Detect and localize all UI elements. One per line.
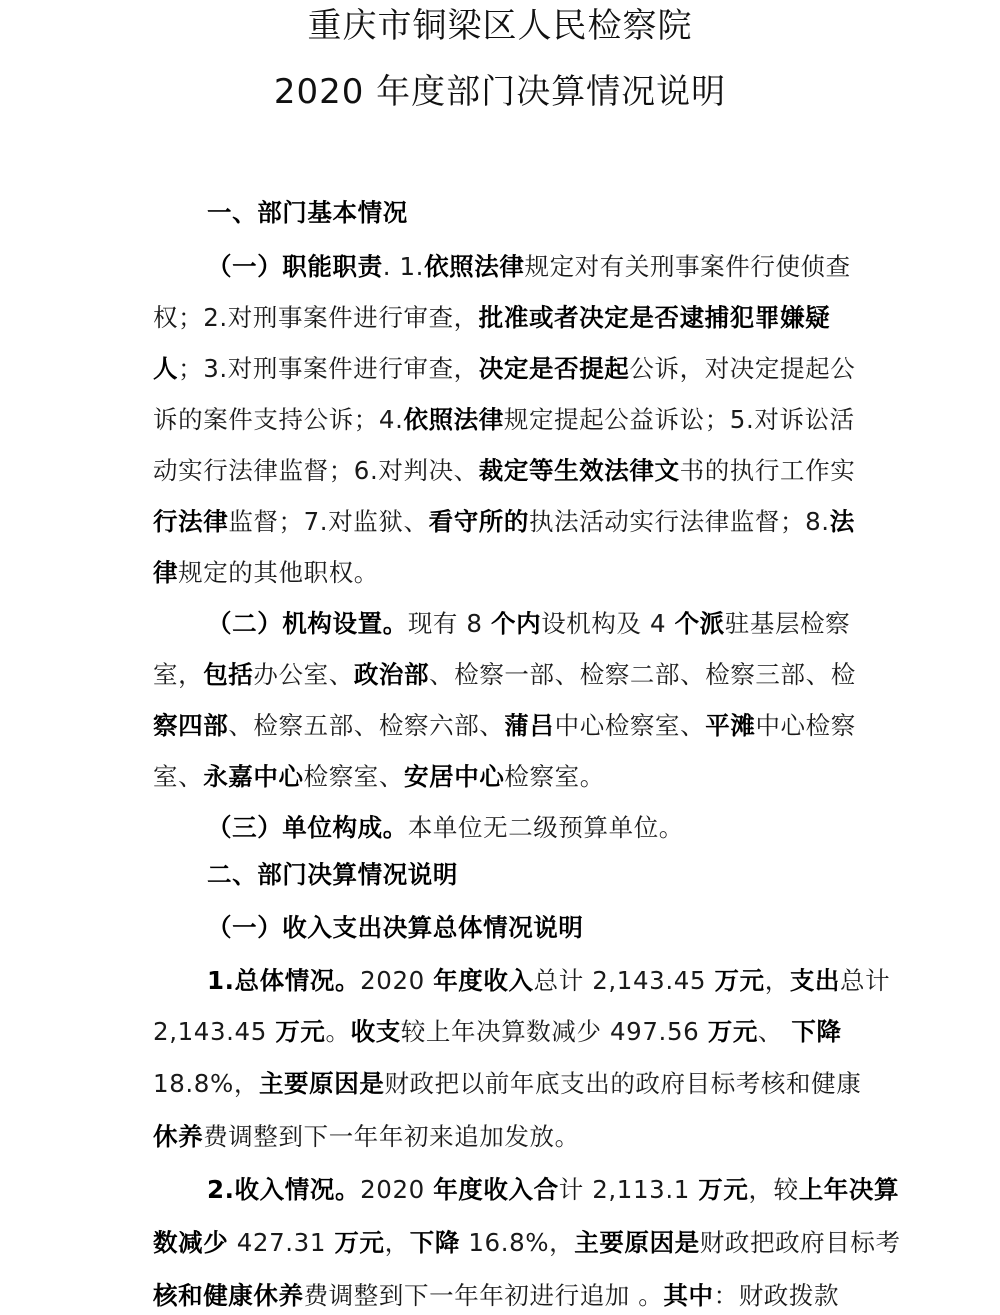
text-run: 财政把政府目标考	[700, 1228, 901, 1257]
document-title-line-1: 重庆市铜梁区人民检察院	[0, 6, 1000, 46]
text-run: ；3.对刑事案件进行审查，	[178, 354, 479, 383]
bold-text-run: 下降	[791, 1017, 841, 1046]
text-run: 财政把以前年底支出的政府目标考核和健康	[384, 1069, 861, 1098]
text-line-p5l3: 核和健康休养费调整到下一年年初进行追加 。其中：财政拨款	[153, 1279, 839, 1313]
bold-text-run: 蒲吕	[504, 711, 554, 740]
text-run: 2020	[360, 966, 433, 995]
bold-text-run: 收支	[351, 1017, 401, 1046]
text-line-p1l7: 律规定的其他职权。	[153, 556, 379, 590]
text-run: 2020	[360, 1175, 433, 1204]
text-run: 检察室、	[304, 762, 404, 791]
bold-text-run: （三）单位构成。	[207, 813, 408, 842]
bold-text-run: 依照法律	[424, 252, 524, 281]
text-line-p4l4: 休养费调整到下一年年初来追加发放。	[153, 1120, 580, 1154]
text-run: 、检察五部、检察六部、	[228, 711, 504, 740]
bold-text-run: 主要原因是	[574, 1228, 700, 1257]
bold-text-run: 万元	[698, 1175, 748, 1204]
bold-text-run: 1.总体情况。	[207, 966, 360, 995]
bold-text-run: 行法律	[153, 507, 228, 536]
text-run: ：财政拨款	[714, 1281, 840, 1310]
text-run: 427.31	[228, 1228, 334, 1257]
text-run: 诉的案件支持公诉；4.	[153, 405, 403, 434]
text-run: 设机构及 4	[541, 609, 674, 638]
bold-text-run: 察四部	[153, 711, 228, 740]
bold-text-run: 律	[153, 558, 178, 587]
bold-text-run: 下降	[410, 1228, 460, 1257]
text-line-p4l3: 18.8%，主要原因是财政把以前年底支出的政府目标考核和健康	[153, 1067, 861, 1101]
text-run: 执法活动实行法律监督；8.	[529, 507, 830, 536]
text-run: ，较	[749, 1175, 799, 1204]
bold-text-run: 万元	[715, 966, 765, 995]
text-run: 总计 2,143.45	[534, 966, 715, 995]
bold-text-run: 平滩	[705, 711, 755, 740]
text-run: ，	[385, 1228, 410, 1257]
bold-text-run: 万元	[275, 1017, 325, 1046]
text-run: 中心检察	[755, 711, 855, 740]
text-run: 本单位无二级预算单位。	[408, 813, 684, 842]
bold-text-run: 万元	[708, 1017, 758, 1046]
bold-text-run: 一、部门基本情况	[207, 198, 408, 227]
bold-text-run: （一）职能职责	[207, 252, 383, 281]
text-line-p1l6: 行法律监督；7.对监狱、看守所的执法活动实行法律监督；8.法	[153, 505, 855, 539]
bold-text-run: 依照法律	[403, 405, 503, 434]
bold-text-run: 年度收入	[433, 966, 533, 995]
bold-text-run: 休养	[153, 1122, 203, 1151]
text-line-h1: 一、部门基本情况	[207, 196, 408, 230]
text-line-h2: 二、部门决算情况说明	[207, 858, 458, 892]
text-line-p5l1: 2.收入情况。2020 年度收入合计 2,113.1 万元，较上年决算	[207, 1173, 899, 1207]
text-line-p1l2: 权；2.对刑事案件进行审查，批准或者决定是否逮捕犯罪嫌疑	[153, 301, 830, 335]
text-run: 驻基层检察	[725, 609, 851, 638]
text-run: 、	[758, 1017, 792, 1046]
bold-text-run: 决定是否提起	[479, 354, 630, 383]
bold-text-run: 核和健康休养	[153, 1281, 304, 1310]
text-run: 规定的其他职权。	[178, 558, 379, 587]
document-page: 重庆市铜梁区人民检察院 2020 年度部门决算情况说明 一、部门基本情况（一）职…	[0, 0, 1000, 1315]
bold-text-run: 支出	[790, 966, 840, 995]
bold-text-run: 法	[830, 507, 855, 536]
text-run: 办公室、	[253, 660, 353, 689]
bold-text-run: （一）收入支出决算总体情况说明	[207, 913, 584, 942]
text-run: 书的执行工作实	[680, 456, 856, 485]
bold-text-run: 上年决算	[799, 1175, 899, 1204]
document-title-line-2: 2020 年度部门决算情况说明	[0, 72, 1000, 112]
text-run: 16.8%，	[460, 1228, 574, 1257]
text-line-p4l1: 1.总体情况。2020 年度收入总计 2,143.45 万元，支出总计	[207, 964, 890, 998]
text-run: 费调整到下一年年初进行追加 。	[304, 1281, 664, 1310]
text-run: 18.8%，	[153, 1069, 259, 1098]
text-run: 总计	[840, 966, 890, 995]
text-line-p2l3: 察四部、检察五部、检察六部、蒲吕中心检察室、平滩中心检察	[153, 709, 856, 743]
text-run: 、检察一部、检察二部、检察三部、检	[429, 660, 856, 689]
text-run: 动实行法律监督；6.对判决、	[153, 456, 479, 485]
text-run: 中心检察室、	[555, 711, 706, 740]
text-run: 费调整到下一年年初来追加发放。	[203, 1122, 580, 1151]
bold-text-run: 2.收入情况。	[207, 1175, 360, 1204]
bold-text-run: 看守所的	[429, 507, 529, 536]
text-run: 计 2,113.1	[559, 1175, 699, 1204]
text-line-p4l2: 2,143.45 万元。收支较上年决算数减少 497.56 万元、 下降	[153, 1015, 842, 1049]
bold-text-run: （二）机构设置。	[207, 609, 408, 638]
bold-text-run: 主要原因是	[259, 1069, 385, 1098]
text-run: 。	[326, 1017, 351, 1046]
text-run: . 1.	[383, 252, 424, 281]
text-line-p1l5: 动实行法律监督；6.对判决、裁定等生效法律文书的执行工作实	[153, 454, 855, 488]
text-line-p2l2: 室，包括办公室、政治部、检察一部、检察二部、检察三部、检	[153, 658, 856, 692]
bold-text-run: 裁定等生效法律文	[479, 456, 680, 485]
text-run: 现有 8	[408, 609, 491, 638]
text-line-p1l4: 诉的案件支持公诉；4.依照法律规定提起公益诉讼；5.对诉讼活	[153, 403, 855, 437]
bold-text-run: 包括	[203, 660, 253, 689]
text-run: 检察室。	[504, 762, 604, 791]
text-run: 监督；7.对监狱、	[228, 507, 428, 536]
text-run: 较上年决算数减少 497.56	[401, 1017, 708, 1046]
bold-text-run: 人	[153, 354, 178, 383]
text-line-p5l2: 数减少 427.31 万元，下降 16.8%，主要原因是财政把政府目标考	[153, 1226, 901, 1260]
bold-text-run: 年度收入合	[433, 1175, 559, 1204]
bold-text-run: 二、部门决算情况说明	[207, 860, 458, 889]
text-run: 室、	[153, 762, 203, 791]
bold-text-run: 个内	[491, 609, 541, 638]
bold-text-run: 安居中心	[404, 762, 504, 791]
text-run: 2,143.45	[153, 1017, 275, 1046]
bold-text-run: 数减少	[153, 1228, 228, 1257]
text-line-h2s1: （一）收入支出决算总体情况说明	[207, 911, 584, 945]
bold-text-run: 批准或者决定是否逮捕犯罪嫌疑	[479, 303, 830, 332]
text-run: 权；2.对刑事案件进行审查，	[153, 303, 479, 332]
bold-text-run: 万元	[334, 1228, 384, 1257]
bold-text-run: 永嘉中心	[203, 762, 303, 791]
text-line-p1l1: （一）职能职责. 1.依照法律规定对有关刑事案件行使侦查	[207, 250, 851, 284]
text-line-p3l1: （三）单位构成。本单位无二级预算单位。	[207, 811, 684, 845]
text-run: 规定对有关刑事案件行使侦查	[524, 252, 850, 281]
bold-text-run: 其中	[663, 1281, 713, 1310]
text-line-p1l3: 人；3.对刑事案件进行审查，决定是否提起公诉，对决定提起公	[153, 352, 855, 386]
text-line-p2l1: （二）机构设置。现有 8 个内设机构及 4 个派驻基层检察	[207, 607, 850, 641]
bold-text-run: 个派	[675, 609, 725, 638]
text-line-p2l4: 室、永嘉中心检察室、安居中心检察室。	[153, 760, 605, 794]
bold-text-run: 政治部	[354, 660, 429, 689]
text-run: ，	[765, 966, 790, 995]
text-run: 公诉，对决定提起公	[629, 354, 855, 383]
text-run: 室，	[153, 660, 203, 689]
text-run: 规定提起公益诉讼；5.对诉讼活	[504, 405, 855, 434]
